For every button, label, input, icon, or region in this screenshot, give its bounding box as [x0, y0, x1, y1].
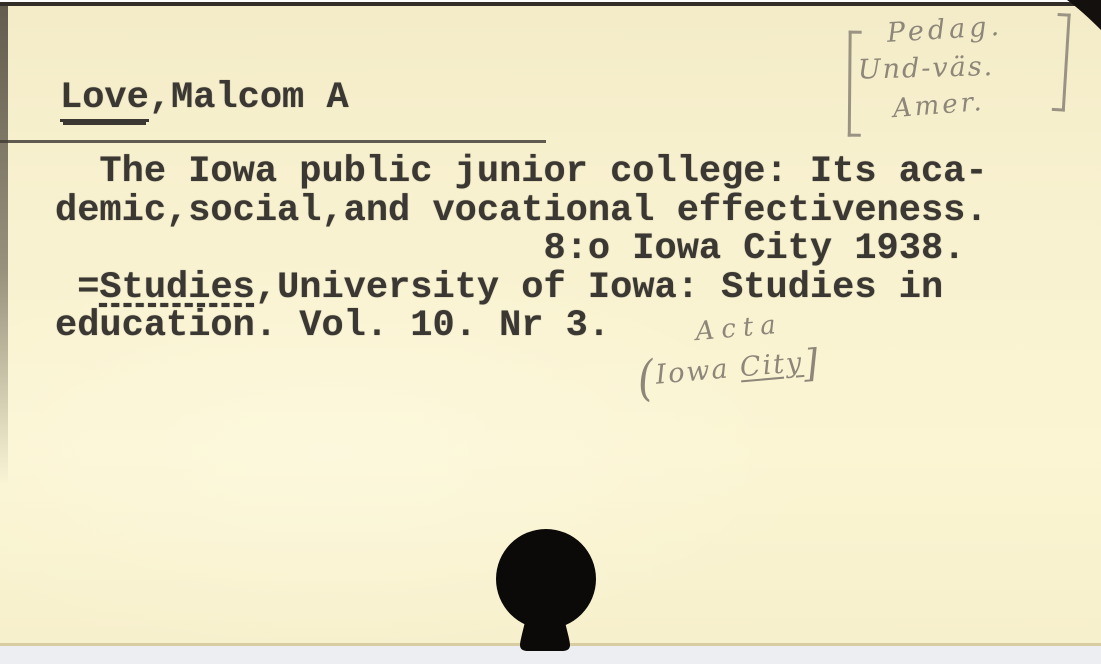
- close-bracket-small: ]: [801, 341, 822, 386]
- series-prefix: =: [55, 267, 99, 309]
- location-line-2: (Iowa City]: [635, 339, 822, 404]
- imprint-line: 8:o Iowa City 1938.: [55, 230, 988, 269]
- classification-line-2: Und-väs.: [857, 51, 994, 86]
- catalog-card-scan: Love,Malcom A The Iowa public junior col…: [0, 0, 1101, 664]
- series-title-underlined: Studies: [99, 267, 254, 309]
- title-line-1: The Iowa public junior college: Its aca-: [55, 153, 988, 192]
- card-corner-curl: [1067, 0, 1101, 30]
- classification-line-3: Amer.: [892, 87, 986, 124]
- card-left-edge-shadow: [0, 6, 8, 486]
- author-rest: ,Malcom A: [149, 77, 349, 119]
- heading-divider-line: [0, 140, 546, 143]
- author-heading: Love,Malcom A: [60, 78, 349, 122]
- author-surname: Love: [60, 78, 149, 122]
- series-rest: ,University of Iowa: Studies in: [255, 267, 943, 309]
- location-word-2: City: [739, 347, 805, 383]
- punch-hole-keyhole-icon: [478, 524, 614, 655]
- classification-line-1: Pedag.: [886, 11, 1004, 49]
- location-word-1: Iowa: [654, 352, 741, 390]
- open-paren-mark: (: [635, 349, 658, 407]
- series-line-1: =Studies,University of Iowa: Studies in: [55, 269, 988, 308]
- handwritten-classification-note: Pedag. Und-väs. Amer.: [846, 7, 1071, 141]
- location-line-1: Acta: [694, 310, 784, 347]
- title-line-2: demic,social,and vocational effectivenes…: [55, 192, 988, 231]
